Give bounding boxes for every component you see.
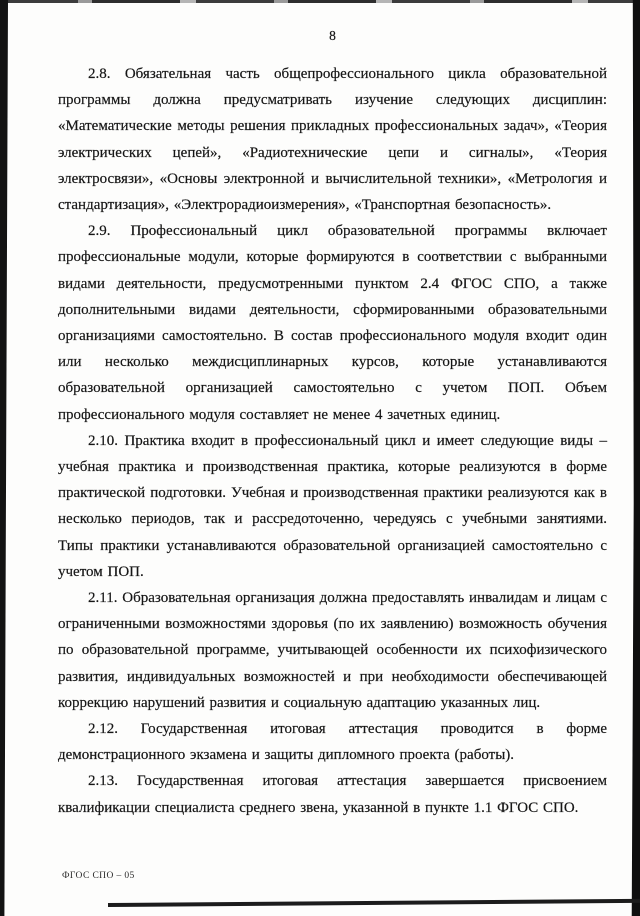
paragraph-2-12: 2.12. Государственная итоговая аттестаци… (58, 716, 607, 768)
page-content: 8 2.8. Обязательная часть общепрофессион… (58, 26, 607, 821)
page-number: 8 (58, 26, 607, 46)
scan-edge-top (0, 0, 640, 3)
paragraph-2-8: 2.8. Обязательная часть общепрофессионал… (58, 61, 607, 218)
scan-edge-right (631, 0, 640, 916)
paragraph-2-11: 2.11. Образовательная организация должна… (58, 585, 607, 716)
paragraph-2-13: 2.13. Государственная итоговая аттестаци… (58, 768, 607, 820)
paragraph-2-9: 2.9. Профессиональный цикл образовательн… (58, 218, 607, 428)
scanned-document-page: 8 2.8. Обязательная часть общепрофессион… (0, 0, 640, 916)
scan-edge-left (0, 0, 8, 916)
scan-edge-bottom (108, 899, 640, 907)
paragraph-2-10: 2.10. Практика входит в профессиональный… (58, 428, 607, 585)
footer-document-code: ФГОС СПО – 05 (62, 871, 135, 881)
